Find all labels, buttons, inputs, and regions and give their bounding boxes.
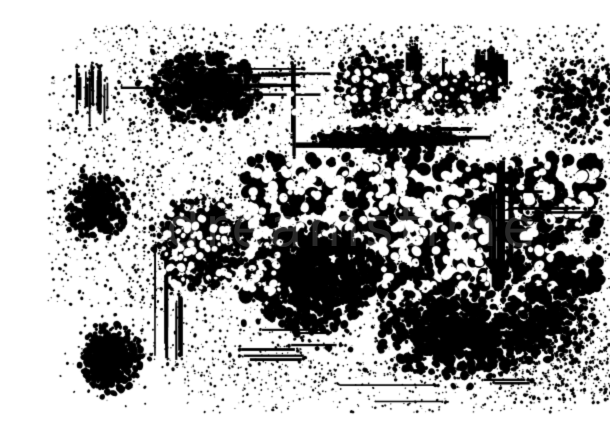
- ink-splatter-canvas: [40, 16, 610, 421]
- stock-texture-image: dreamstime: [40, 16, 610, 421]
